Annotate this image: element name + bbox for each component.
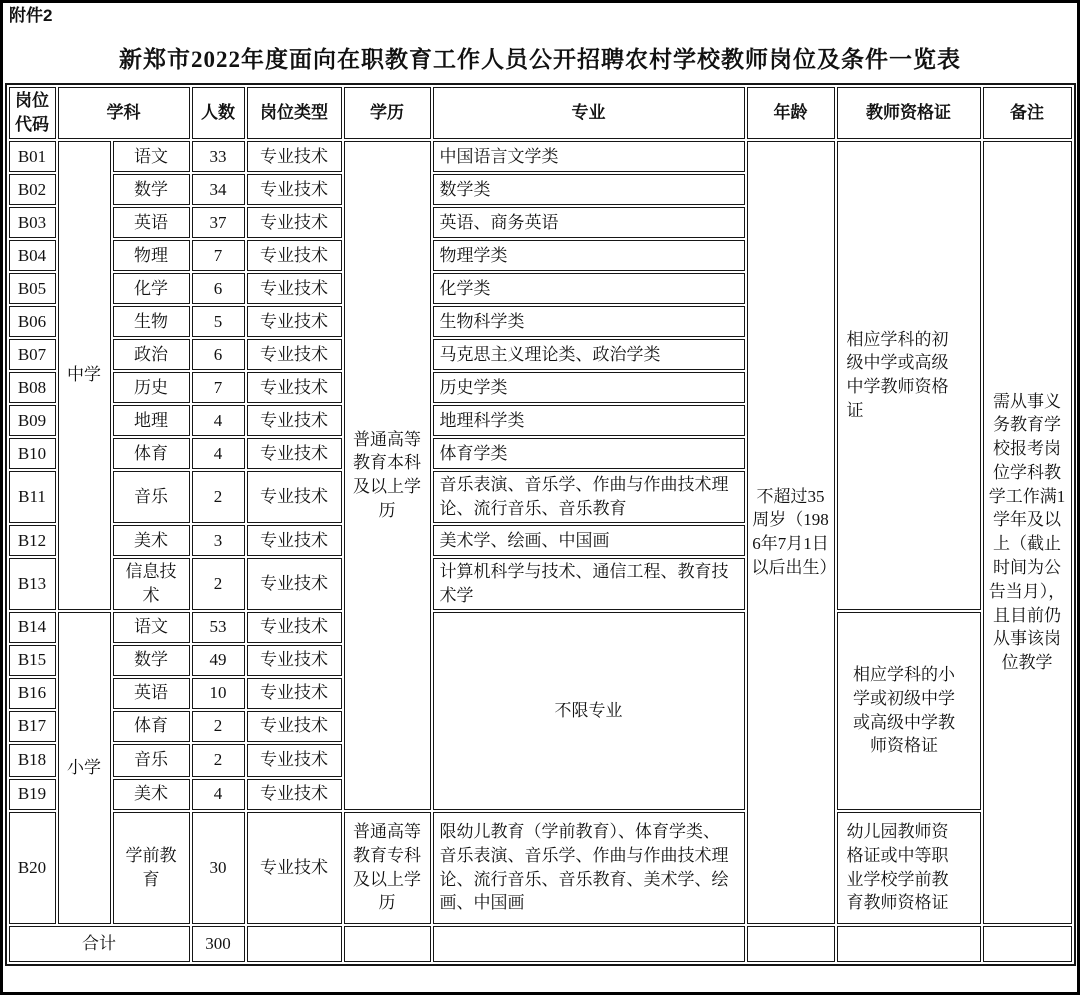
- major-cell: 历史学类: [433, 372, 745, 403]
- total-row: 合计 300: [9, 926, 1072, 962]
- remark-cell: 需从事义务教育学校报考岗位学科教学工作满1学年及以上（截止时间为公告当月），且目…: [983, 141, 1072, 924]
- code-cell: B16: [9, 678, 56, 709]
- header-certificate: 教师资格证: [837, 87, 981, 139]
- code-cell: B14: [9, 612, 56, 643]
- count-cell: 30: [192, 812, 245, 924]
- education-cell-college: 普通高等教育专科及以上学历: [344, 812, 431, 924]
- count-cell: 7: [192, 372, 245, 403]
- header-subject: 学科: [58, 87, 190, 139]
- education-cell-bachelor: 普通高等教育本科及以上学历: [344, 141, 431, 810]
- subject-cell: 物理: [113, 240, 190, 271]
- code-cell: B08: [9, 372, 56, 403]
- subject-cell: 生物: [113, 306, 190, 337]
- count-cell: 2: [192, 471, 245, 523]
- count-cell: 4: [192, 438, 245, 469]
- subject-cell: 信息技术: [113, 558, 190, 610]
- code-cell: B07: [9, 339, 56, 370]
- total-empty-age: [747, 926, 835, 962]
- count-cell: 6: [192, 339, 245, 370]
- header-age: 年龄: [747, 87, 835, 139]
- subject-cell: 政治: [113, 339, 190, 370]
- post-type-cell: 专业技术: [247, 744, 342, 777]
- age-cell: 不超过35周岁（1986年7月1日以后出生）: [747, 141, 835, 924]
- post-type-cell: 专业技术: [247, 612, 342, 643]
- post-type-cell: 专业技术: [247, 174, 342, 205]
- code-cell: B09: [9, 405, 56, 436]
- post-type-cell: 专业技术: [247, 471, 342, 523]
- code-cell: B18: [9, 744, 56, 777]
- major-cell: 计算机科学与技术、通信工程、教育技术学: [433, 558, 745, 610]
- major-cell: 马克思主义理论类、政治学类: [433, 339, 745, 370]
- total-count-cell: 300: [192, 926, 245, 962]
- post-type-cell: 专业技术: [247, 339, 342, 370]
- major-cell-preschool: 限幼儿教育（学前教育）、体育学类、音乐表演、音乐学、作曲与作曲技术理论、流行音乐…: [433, 812, 745, 924]
- count-cell: 49: [192, 645, 245, 676]
- major-cell: 化学类: [433, 273, 745, 304]
- major-cell: 音乐表演、音乐学、作曲与作曲技术理论、流行音乐、音乐教育: [433, 471, 745, 523]
- subject-cell: 地理: [113, 405, 190, 436]
- count-cell: 10: [192, 678, 245, 709]
- major-cell: 生物科学类: [433, 306, 745, 337]
- post-type-cell: 专业技术: [247, 812, 342, 924]
- subject-cell: 历史: [113, 372, 190, 403]
- post-type-cell: 专业技术: [247, 438, 342, 469]
- document-page: 附件2 新郑市2022年度面向在职教育工作人员公开招聘农村学校教师岗位及条件一览…: [0, 0, 1080, 995]
- major-cell: 物理学类: [433, 240, 745, 271]
- count-cell: 4: [192, 405, 245, 436]
- code-cell: B20: [9, 812, 56, 924]
- post-type-cell: 专业技术: [247, 240, 342, 271]
- total-label-cell: 合计: [9, 926, 190, 962]
- header-major: 专业: [433, 87, 745, 139]
- certificate-cell-primary: 相应学科的小学或初级中学或高级中学教师资格证: [837, 612, 981, 810]
- code-cell: B17: [9, 711, 56, 742]
- major-cell: 英语、商务英语: [433, 207, 745, 238]
- post-type-cell: 专业技术: [247, 306, 342, 337]
- total-empty-major: [433, 926, 745, 962]
- subject-cell: 音乐: [113, 744, 190, 777]
- total-empty-remark: [983, 926, 1072, 962]
- subject-cell: 化学: [113, 273, 190, 304]
- post-type-cell: 专业技术: [247, 678, 342, 709]
- count-cell: 53: [192, 612, 245, 643]
- subject-cell: 数学: [113, 645, 190, 676]
- code-cell: B13: [9, 558, 56, 610]
- code-cell: B10: [9, 438, 56, 469]
- subject-cell: 英语: [113, 207, 190, 238]
- major-cell: 中国语言文学类: [433, 141, 745, 172]
- count-cell: 37: [192, 207, 245, 238]
- attachment-label: 附件2: [9, 6, 1077, 26]
- code-cell: B03: [9, 207, 56, 238]
- code-cell: B19: [9, 779, 56, 810]
- subject-cell: 语文: [113, 141, 190, 172]
- header-education: 学历: [344, 87, 431, 139]
- post-type-cell: 专业技术: [247, 558, 342, 610]
- major-cell: 体育学类: [433, 438, 745, 469]
- certificate-cell-middle: 相应学科的初级中学或高级中学教师资格证: [837, 141, 981, 610]
- post-type-cell: 专业技术: [247, 645, 342, 676]
- code-cell: B05: [9, 273, 56, 304]
- subject-cell: 学前教育: [113, 812, 190, 924]
- major-cell: 地理科学类: [433, 405, 745, 436]
- positions-table: 岗位代码 学科 人数 岗位类型 学历 专业 年龄 教师资格证 备注 B01 中学…: [5, 83, 1076, 965]
- major-cell: 数学类: [433, 174, 745, 205]
- code-cell: B04: [9, 240, 56, 271]
- row-b14: B14 小学 语文 53 专业技术 不限专业 相应学科的小学或初级中学或高级中学…: [9, 612, 1072, 643]
- code-cell: B11: [9, 471, 56, 523]
- subject-cell: 体育: [113, 711, 190, 742]
- school-level-cell-primary: 小学: [58, 612, 111, 924]
- header-count: 人数: [192, 87, 245, 139]
- count-cell: 2: [192, 711, 245, 742]
- count-cell: 6: [192, 273, 245, 304]
- row-b20: B20 学前教育 30 专业技术 普通高等教育专科及以上学历 限幼儿教育（学前教…: [9, 812, 1072, 924]
- subject-cell: 数学: [113, 174, 190, 205]
- subject-cell: 语文: [113, 612, 190, 643]
- school-level-cell-middle: 中学: [58, 141, 111, 610]
- code-cell: B12: [9, 525, 56, 556]
- post-type-cell: 专业技术: [247, 141, 342, 172]
- certificate-cell-kindergarten: 幼儿园教师资格证或中等职业学校学前教育教师资格证: [837, 812, 981, 924]
- total-empty-certificate: [837, 926, 981, 962]
- major-cell: 美术学、绘画、中国画: [433, 525, 745, 556]
- code-cell: B01: [9, 141, 56, 172]
- subject-cell: 美术: [113, 525, 190, 556]
- code-cell: B02: [9, 174, 56, 205]
- count-cell: 2: [192, 744, 245, 777]
- count-cell: 5: [192, 306, 245, 337]
- row-b01: B01 中学 语文 33 专业技术 普通高等教育本科及以上学历 中国语言文学类 …: [9, 141, 1072, 172]
- post-type-cell: 专业技术: [247, 525, 342, 556]
- count-cell: 2: [192, 558, 245, 610]
- subject-cell: 体育: [113, 438, 190, 469]
- total-empty-education: [344, 926, 431, 962]
- post-type-cell: 专业技术: [247, 207, 342, 238]
- count-cell: 34: [192, 174, 245, 205]
- post-type-cell: 专业技术: [247, 779, 342, 810]
- post-type-cell: 专业技术: [247, 405, 342, 436]
- subject-cell: 英语: [113, 678, 190, 709]
- subject-cell: 美术: [113, 779, 190, 810]
- count-cell: 4: [192, 779, 245, 810]
- count-cell: 7: [192, 240, 245, 271]
- count-cell: 3: [192, 525, 245, 556]
- subject-cell: 音乐: [113, 471, 190, 523]
- major-cell-unlimited: 不限专业: [433, 612, 745, 810]
- post-type-cell: 专业技术: [247, 711, 342, 742]
- post-type-cell: 专业技术: [247, 273, 342, 304]
- header-code: 岗位代码: [9, 87, 56, 139]
- total-empty-post-type: [247, 926, 342, 962]
- code-cell: B15: [9, 645, 56, 676]
- page-title: 新郑市2022年度面向在职教育工作人员公开招聘农村学校教师岗位及条件一览表: [3, 41, 1077, 74]
- count-cell: 33: [192, 141, 245, 172]
- header-post-type: 岗位类型: [247, 87, 342, 139]
- post-type-cell: 专业技术: [247, 372, 342, 403]
- code-cell: B06: [9, 306, 56, 337]
- header-remark: 备注: [983, 87, 1072, 139]
- header-row: 岗位代码 学科 人数 岗位类型 学历 专业 年龄 教师资格证 备注: [9, 87, 1072, 139]
